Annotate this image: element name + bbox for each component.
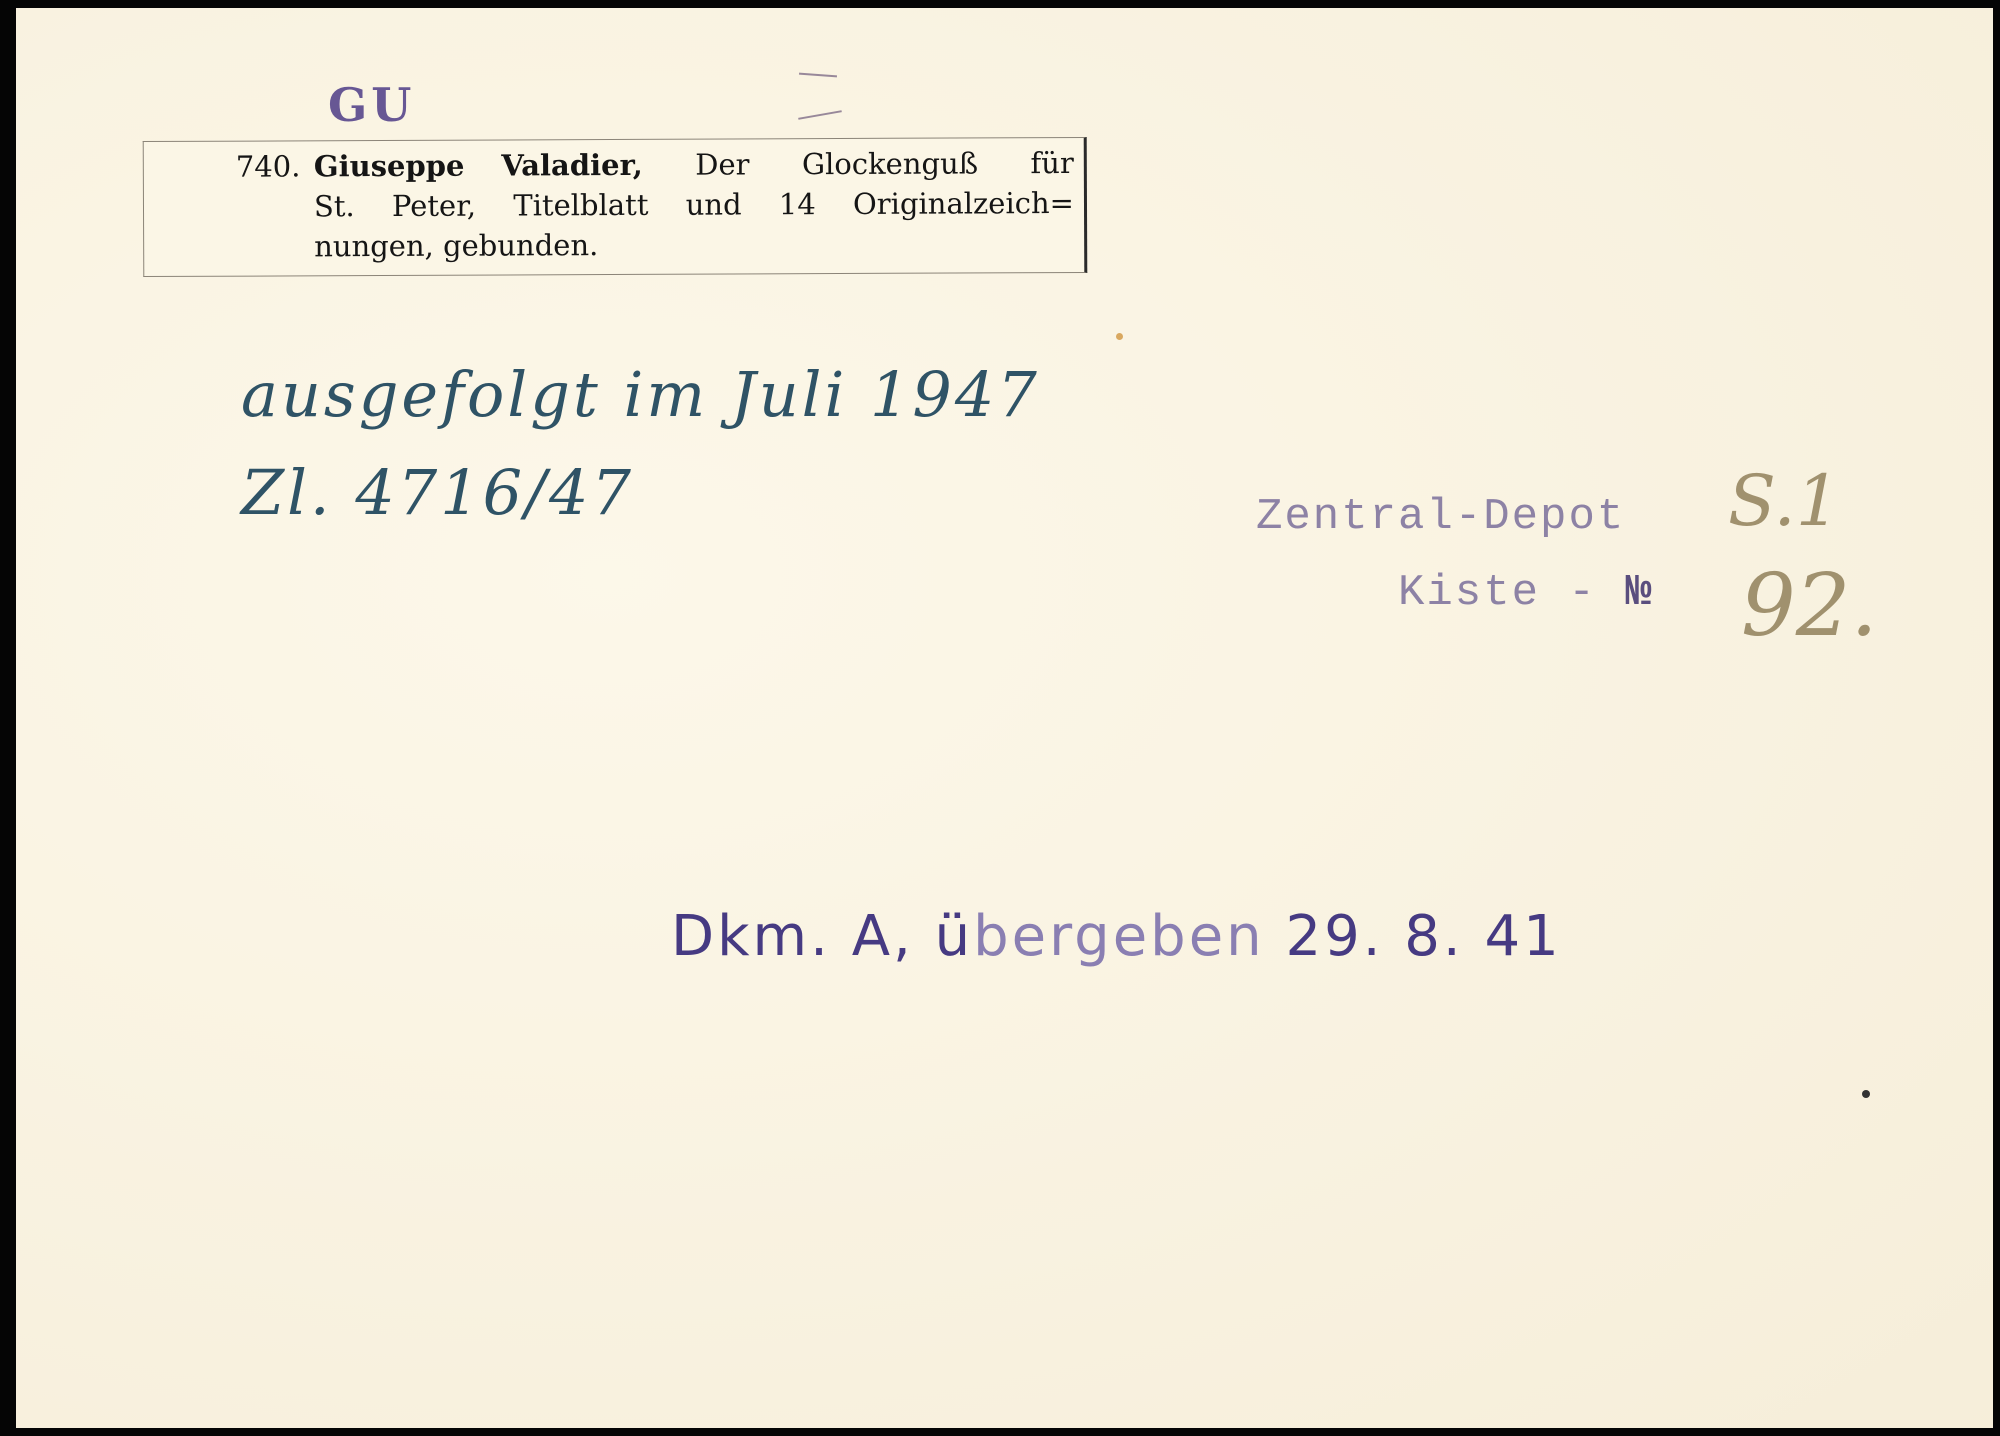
archive-card: GU 740. Giuseppe Valadier, Der Glockengu… [16,8,1993,1428]
clipping-line-1: Giuseppe Valadier, Der Glockenguß für [314,146,1074,183]
transfer-date: 29. 8. 41 [1265,904,1562,969]
pencil-dash-bottom [798,110,842,120]
zentral-depot-stamp: Zentral-Depot [1256,492,1625,542]
clipping-line-2: St. Peter, Titelblatt und 14 Originalzei… [314,186,1074,223]
handwritten-release-note: ausgefolgt im Juli 1947 [241,358,1040,431]
gu-stamp: GU [328,78,415,132]
transfer-prefix: Dkm. A, ü [671,904,973,969]
clipping-line-3: nungen, gebunden. [314,228,598,263]
clip-word: Titelblatt [513,188,648,223]
clip-word: Originalzeich= [853,186,1074,221]
clip-word: 14 [779,187,816,221]
catalog-number: 740. [236,149,301,183]
depot-annotation: S.1 [1728,460,1840,542]
catalog-clipping: 740. Giuseppe Valadier, Der Glockenguß f… [143,137,1088,277]
clip-word: und [686,187,742,221]
kiste-number-annotation: 92. [1741,556,1878,656]
clip-word: Peter, [392,189,476,223]
handwritten-file-number: Zl. 4716/47 [241,456,634,529]
transfer-faded-word: bergeben [973,904,1265,969]
number-sign: № [1625,568,1653,618]
transfer-stamp: Dkm. A, übergeben 29. 8. 41 [671,904,1562,969]
pencil-dash-top [799,73,837,78]
clip-word: Glockenguß [802,146,978,181]
clip-word: St. [314,189,355,223]
ink-dot [1862,1090,1870,1098]
clip-word: für [1030,146,1073,180]
stain-dot [1116,333,1123,340]
clip-word: Der [695,147,749,181]
artist-last-name: Valadier, [501,148,643,183]
artist-first-name: Giuseppe [314,149,465,184]
kiste-label: Kiste - [1398,568,1597,618]
kiste-stamp: Kiste - № [1398,568,1654,618]
